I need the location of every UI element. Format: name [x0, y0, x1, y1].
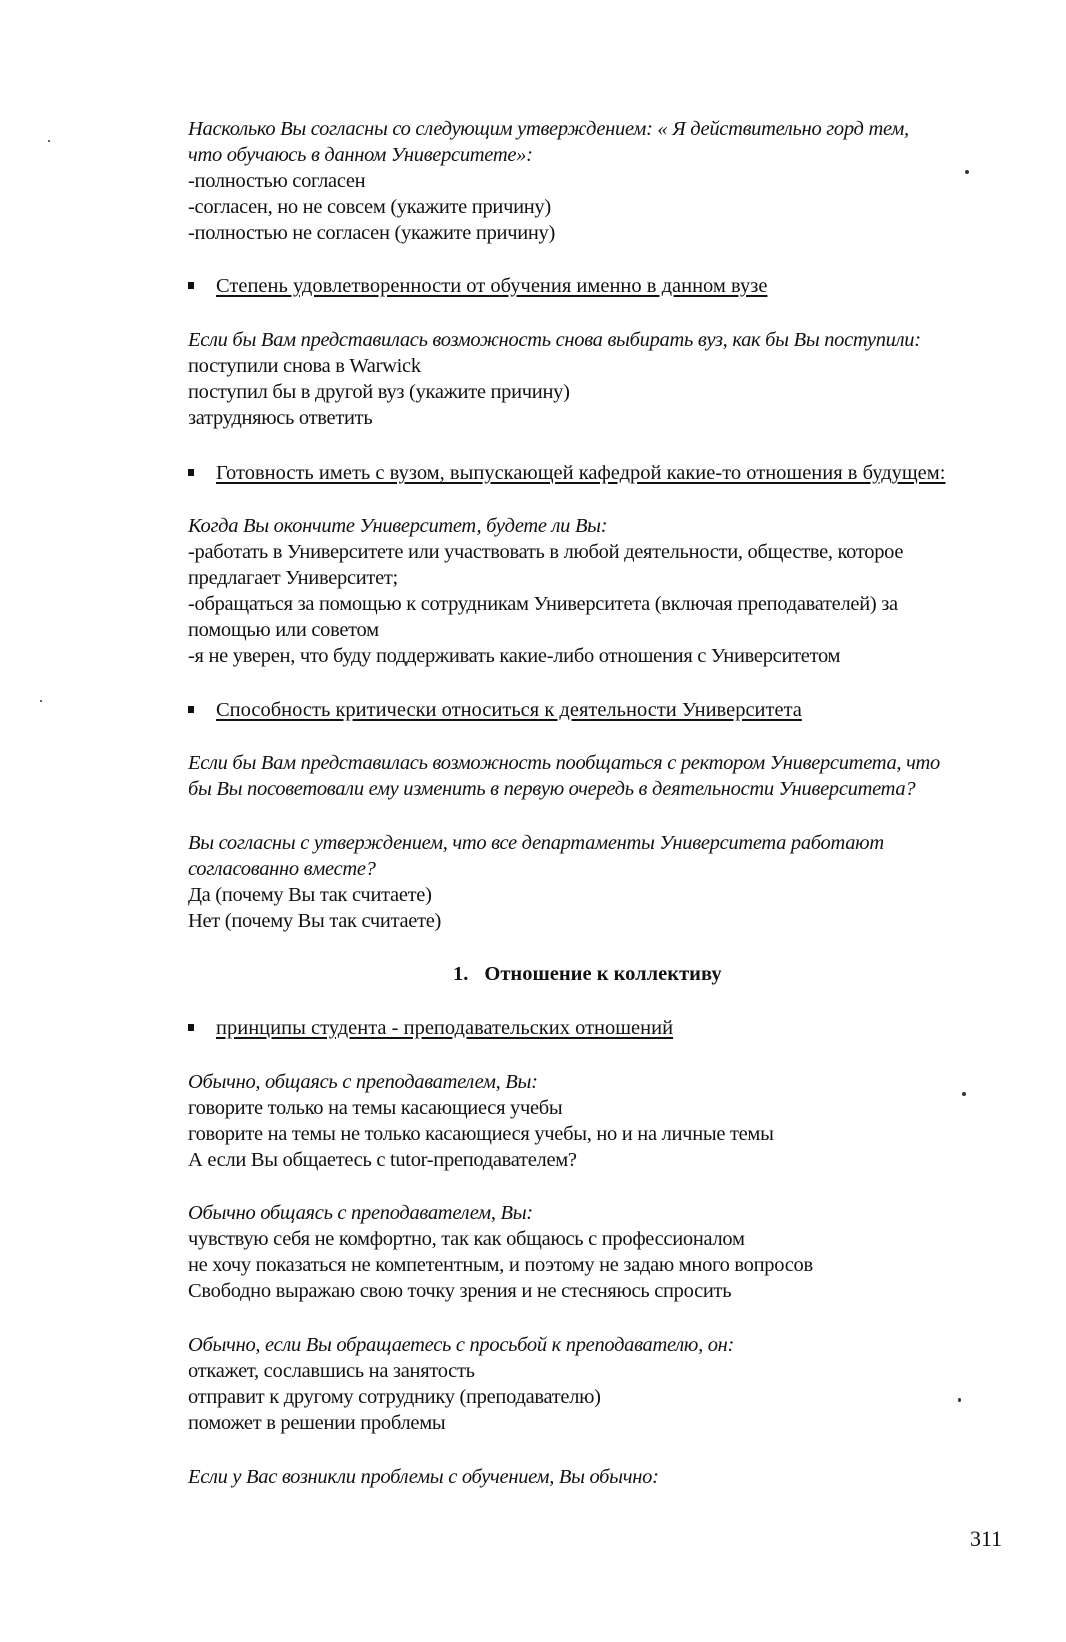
answer-option: Да (почему Вы так считаете) [188, 882, 432, 908]
scan-speck [40, 700, 42, 702]
question-text: Если у Вас возникли проблемы с обучением… [188, 1464, 659, 1490]
section-bullet: Готовность иметь с вузом, выпускающей ка… [188, 460, 945, 486]
answer-option: откажет, сославшись на занятость [188, 1358, 475, 1384]
square-bullet-icon [188, 1024, 194, 1031]
question-text: Когда Вы окончите Университет, будете ли… [188, 513, 607, 539]
answer-option: говорите только на темы касающиеся учебы [188, 1095, 562, 1121]
question-text: Обычно, общаясь с преподавателем, Вы: [188, 1069, 538, 1095]
scan-speck [962, 1092, 966, 1096]
question-text: бы Вы посоветовали ему изменить в первую… [188, 776, 915, 802]
section-bullet: Степень удовлетворенности от обучения им… [188, 273, 767, 299]
section-bullet: принципы студента - преподавательских от… [188, 1015, 673, 1041]
scan-speck [965, 170, 969, 174]
section-bullet: Способность критически относиться к деят… [188, 697, 802, 723]
square-bullet-icon [188, 469, 194, 476]
answer-option: -полностью согласен [188, 168, 365, 194]
page-number: 311 [970, 1526, 1002, 1552]
answer-option: поможет в решении проблемы [188, 1410, 445, 1436]
question-text: согласованно вместе? [188, 856, 376, 882]
answer-option: помощью или советом [188, 617, 379, 643]
answer-option: Нет (почему Вы так считаете) [188, 908, 441, 934]
answer-option: чувствую себя не комфортно, так как обща… [188, 1226, 745, 1252]
question-text: Насколько Вы согласны со следующим утвер… [188, 116, 909, 142]
answer-option: -согласен, но не совсем (укажите причину… [188, 194, 551, 220]
answer-option: Свободно выражаю свою точку зрения и не … [188, 1278, 731, 1304]
answer-option: предлагает Университет; [188, 565, 398, 591]
answer-option: поступил бы в другой вуз (укажите причин… [188, 379, 570, 405]
question-text: Обычно, если Вы обращаетесь с просьбой к… [188, 1332, 734, 1358]
scanned-page: Насколько Вы согласны со следующим утвер… [0, 0, 1066, 1642]
bullet-label: принципы студента - преподавательских от… [216, 1017, 673, 1039]
answer-option: не хочу показаться не компетентным, и по… [188, 1252, 813, 1278]
answer-option: А если Вы общаетесь с tutor-преподавател… [188, 1147, 577, 1173]
scan-speck [958, 1398, 961, 1402]
square-bullet-icon [188, 282, 194, 289]
question-text: Вы согласны с утверждением, что все депа… [188, 830, 884, 856]
question-text: что обучаюсь в данном Университете»: [188, 142, 533, 168]
answer-option: -я не уверен, что буду поддерживать каки… [188, 643, 840, 669]
answer-option: отправит к другому сотруднику (преподава… [188, 1384, 601, 1410]
heading-text: Отношение к коллективу [484, 963, 721, 985]
section-heading: 1.Отношение к коллективу [453, 961, 722, 987]
answer-option: -полностью не согласен (укажите причину) [188, 220, 555, 246]
question-text: Обычно общаясь с преподавателем, Вы: [188, 1200, 533, 1226]
bullet-label: Готовность иметь с вузом, выпускающей ка… [216, 462, 945, 484]
answer-option: поступили снова в Warwick [188, 353, 421, 379]
scan-speck [48, 140, 50, 142]
question-text: Если бы Вам представилась возможность сн… [188, 327, 921, 353]
answer-option: затрудняюсь ответить [188, 405, 372, 431]
answer-option: говорите на темы не только касающиеся уч… [188, 1121, 774, 1147]
answer-option: -обращаться за помощью к сотрудникам Уни… [188, 591, 898, 617]
heading-number: 1. [453, 963, 468, 985]
answer-option: -работать в Университете или участвовать… [188, 539, 903, 565]
square-bullet-icon [188, 706, 194, 713]
question-text: Если бы Вам представилась возможность по… [188, 750, 940, 776]
bullet-label: Степень удовлетворенности от обучения им… [216, 275, 767, 297]
bullet-label: Способность критически относиться к деят… [216, 699, 802, 721]
